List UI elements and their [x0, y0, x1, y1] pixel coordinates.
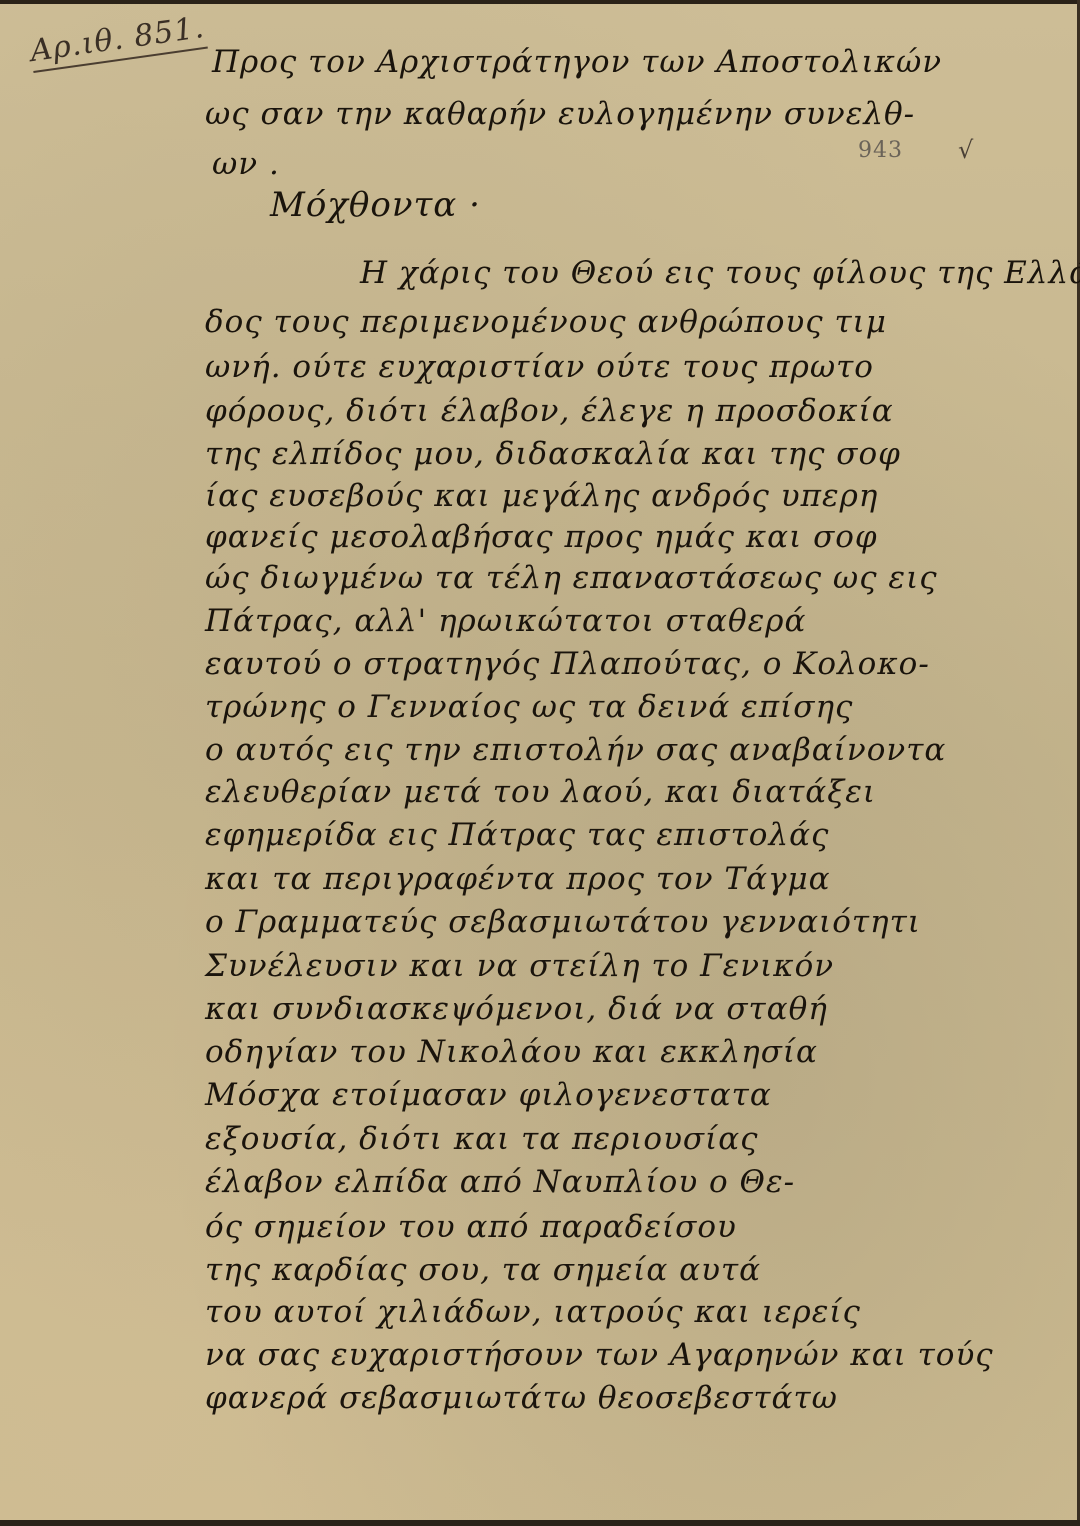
archive-number: Αρ.ιθ. 851. — [28, 10, 207, 73]
body-line: φόρους, διότι έλαβον, έλεγε η προσδοκία — [205, 393, 894, 429]
body-line: φανείς μεσολαβήσας προς ημάς και σοφ — [205, 519, 878, 555]
body-line: εφημερίδα εις Πάτρας τας επιστολάς — [205, 817, 829, 853]
body-line: ίας ευσεβούς και μεγάλης ανδρός υπερη — [205, 478, 878, 514]
header-line: ως σαν την καθαρήν ευλογημένην συνελθ- — [205, 96, 915, 132]
body-line: Η χάρις του Θεού εις τους φίλους της Ελλ… — [360, 255, 1080, 291]
pencil-folio-number: 943 — [858, 138, 903, 163]
body-line: έλαβον ελπίδα από Ναυπλίου ο Θε- — [205, 1164, 795, 1200]
salutation: Μόχθοντα · — [270, 185, 481, 225]
body-line: δος τους περιμενομένους ανθρώπους τιμ — [205, 304, 887, 340]
header-line: Προς τον Αρχιστράτηγον των Αποστολικών — [212, 44, 942, 80]
body-line: να σας ευχαριστήσουν των Αγαρηνών και το… — [205, 1337, 994, 1373]
body-line: Πάτρας, αλλ' ηρωικώτατοι σταθερά — [205, 603, 806, 639]
body-line: του αυτοί χιλιάδων, ιατρούς και ιερείς — [205, 1294, 861, 1330]
scan-edge-bottom — [0, 1520, 1080, 1526]
header-line: ων . — [212, 146, 280, 182]
body-line: ο αυτός εις την επιστολήν σας αναβαίνοντ… — [205, 732, 946, 768]
body-line: ελευθερίαν μετά του λαού, και διατάξει — [205, 774, 876, 810]
body-line: ωνή. ούτε ευχαριστίαν ούτε τους πρωτο — [205, 349, 874, 385]
body-line: τρώνης ο Γενναίος ως τα δεινά επίσης — [205, 689, 853, 725]
body-line: εαυτού ο στρατηγός Πλαπούτας, ο Κολοκο- — [205, 646, 930, 682]
body-line: εξουσία, διότι και τα περιουσίας — [205, 1121, 759, 1157]
body-line: της καρδίας σου, τα σημεία αυτά — [205, 1252, 761, 1288]
manuscript-page: Αρ.ιθ. 851. 943 √ Προς τον Αρχιστράτηγον… — [0, 0, 1080, 1526]
pencil-check-mark: √ — [958, 136, 974, 164]
scan-edge-top — [0, 0, 1080, 4]
body-line: ώς διωγμένω τα τέλη επαναστάσεως ως εις — [205, 560, 938, 596]
body-line: ο Γραμματεύς σεβασμιωτάτου γενναιότητι — [205, 904, 921, 940]
body-line: ός σημείον του από παραδείσου — [205, 1209, 737, 1245]
body-line: φανερά σεβασμιωτάτω θεοσεβεστάτω — [205, 1380, 838, 1416]
body-line: Μόσχα ετοίμασαν φιλογενεστατα — [205, 1077, 772, 1113]
body-line: οδηγίαν του Νικολάου και εκκλησία — [205, 1034, 818, 1070]
body-line: και τα περιγραφέντα προς τον Τάγμα — [205, 861, 831, 897]
body-line: και συνδιασκεψόμενοι, διά να σταθή — [205, 991, 828, 1027]
body-line: Συνέλευσιν και να στείλη το Γενικόν — [205, 948, 834, 984]
body-line: της ελπίδος μου, διδασκαλία και της σοφ — [205, 436, 901, 472]
